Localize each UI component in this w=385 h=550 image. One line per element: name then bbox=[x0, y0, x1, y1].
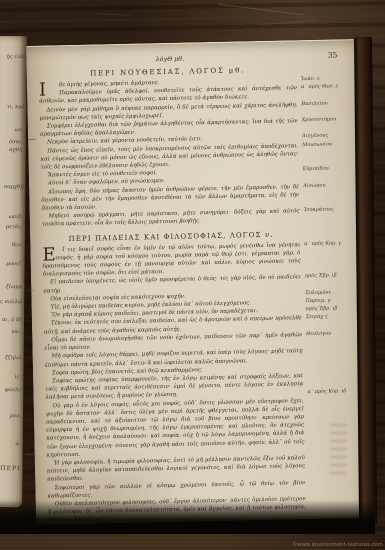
margin-citation bbox=[303, 175, 349, 176]
margin-citation: Αἰσώπου bbox=[303, 183, 349, 190]
margin-citation bbox=[306, 347, 352, 348]
text-fragment: ΠΕΡΙ bbox=[0, 466, 20, 472]
margin-citation: Θεολόγου bbox=[306, 331, 352, 338]
watermark: ©www.environment-textures.com bbox=[292, 542, 383, 548]
quote-text: Μηδενὶ πονηρῷ πράγματι, μήτε παρίστασο, … bbox=[42, 208, 300, 228]
margin-citation bbox=[309, 479, 355, 480]
margin-citation: Ἰωάν. ε bbox=[301, 76, 347, 83]
book-page: λόγΘ μθ. 35 ΠΕΡΙ ΝΟΥΘΕΣΙΑΣ, ΛΟΓΟΣ μθ. Ι … bbox=[26, 39, 365, 525]
section-on-admonition: ΠΕΡΙ ΝΟΥΘΕΣΙΑΣ, ΛΟΓΟΣ μθ. Ι δε ὑγιὴς γέγ… bbox=[39, 65, 300, 229]
margin-citation: Εὐριπίδου bbox=[303, 166, 349, 173]
margin-citation: α´ πρὸς Κορ. ιδ bbox=[307, 389, 353, 396]
wood-scratch bbox=[258, 20, 318, 25]
section-body: Ι δε ὑγιὴς γέγονας, μηκέτι ἁμάρτανε. Ἰωά… bbox=[39, 76, 300, 229]
page-number: 35 bbox=[328, 50, 338, 59]
running-header: λόγΘ μθ. bbox=[38, 53, 301, 66]
section-body: Ε ἴ τις δοκεῖ σοφὸς εἶναι ἐν ὑμῖν ἐν τῷ … bbox=[42, 241, 306, 525]
section-on-education-philosophy: ΠΕΡΙ ΠΑΙΔΕΙΑΣ ΚΑΙ ΦΙΛΟΣΟΦΙΑΣ, ΛΟΓΟΣ ν. Ε… bbox=[42, 230, 306, 525]
page-bottom-shadow bbox=[0, 500, 375, 534]
margin-citation: Παροιμ. γ bbox=[305, 298, 351, 305]
margin-citation bbox=[310, 495, 356, 496]
quote-entry: Οὐ γὰρ ὁ ἐν λόγοις σοφός, οὗτός μοι σοφό… bbox=[46, 397, 305, 460]
margin-citation bbox=[307, 397, 353, 398]
margin-citation: Σολομῶντ. bbox=[305, 290, 351, 297]
margin-citation: πρὸς Ἑβρ. ιβ bbox=[305, 274, 351, 281]
margin-citation: α´ πρὸς Κορ. γ bbox=[304, 241, 350, 248]
ink-bleedthrough bbox=[330, 424, 346, 476]
margin-citation: Μουσωνίου bbox=[302, 142, 348, 149]
quote-entries: ἴ τις δοκεῖ σοφὸς εἶναι ἐν ὑμῖν ἐν τῷ αἰ… bbox=[42, 241, 306, 525]
margin-citation: Ἰσοκράτους bbox=[304, 207, 350, 214]
margin-citation: Χρυσοστόμου bbox=[302, 117, 348, 124]
quote-text: Οὐ γὰρ ὁ ἐν λόγοις σοφός, οὗτός μοι σοφό… bbox=[46, 398, 305, 459]
margin-citation bbox=[307, 364, 353, 365]
margin-citation: Σειράχ ϛ bbox=[306, 315, 352, 322]
margin-citation: πρὸς Ἑβρ. ιβ bbox=[306, 306, 352, 313]
text-block: ΠΕΡΙ ΝΟΥΘΕΣΙΑΣ, ΛΟΓΟΣ μθ. Ι δε ὑγιὴς γέγ… bbox=[39, 65, 307, 536]
quote-text: ἴ τις δοκεῖ σοφὸς εἶναι ἐν ὑμῖν ἐν τῷ αἰ… bbox=[43, 242, 301, 278]
quote-entries: δε ὑγιὴς γέγονας, μηκέτι ἁμάρτανε. Ἰωάν.… bbox=[39, 76, 300, 229]
margin-citation: Βασιλείου bbox=[301, 101, 347, 108]
book-photo: { "watermark": "©www.environment-texture… bbox=[0, 0, 385, 550]
wood-scratch bbox=[96, 13, 130, 16]
wood-scratch bbox=[218, 4, 303, 15]
margin-citation: Διογένους bbox=[302, 134, 348, 141]
quote-entry: ἴ τις δοκεῖ σοφὸς εἶναι ἐν ὑμῖν ἐν τῷ αἰ… bbox=[42, 241, 301, 279]
margin-citation: α´ πρὸς Θεσ. ε bbox=[301, 84, 347, 91]
